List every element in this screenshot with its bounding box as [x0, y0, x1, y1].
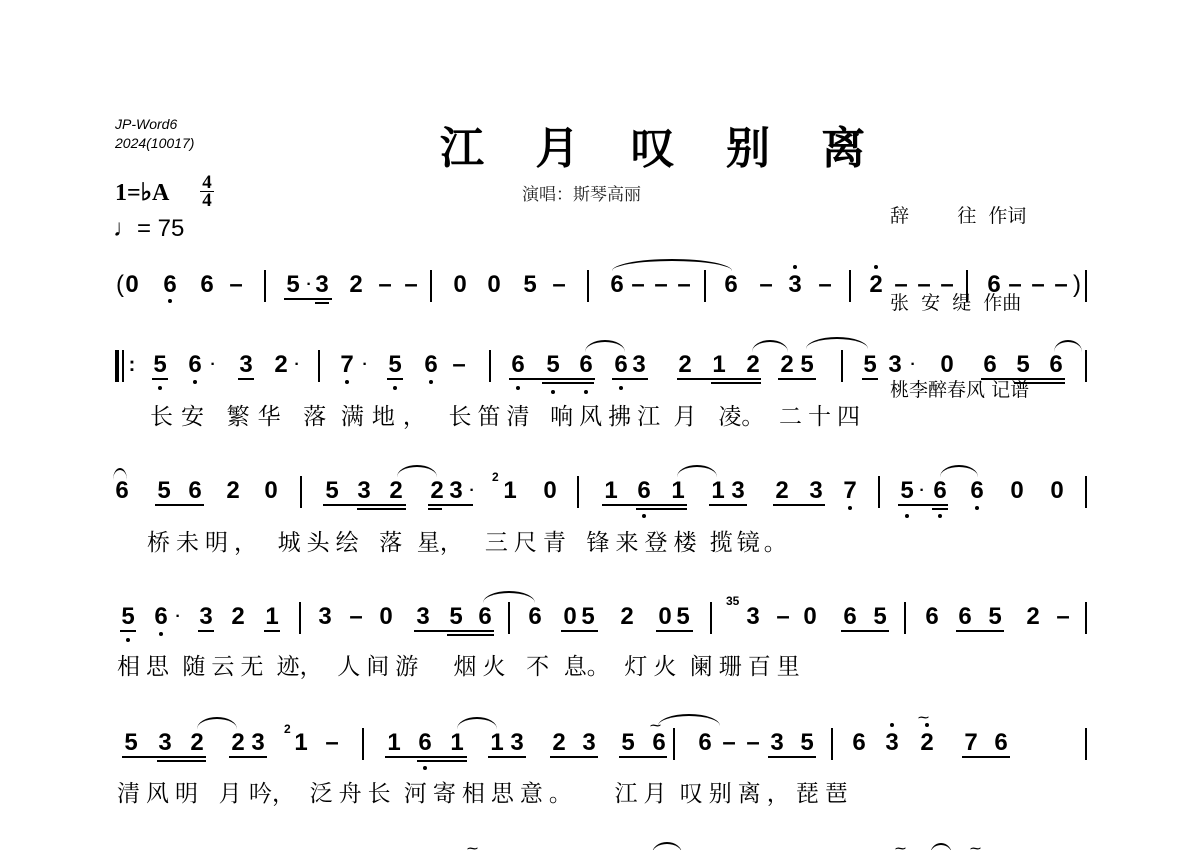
note: 6 — [695, 730, 715, 756]
lyric: 城头绘 — [278, 530, 365, 556]
note: 1 — [500, 478, 520, 504]
transcriber-name: 桃李醉春风 — [890, 379, 985, 401]
note: 3 — [315, 604, 335, 630]
note: 6 — [649, 730, 669, 756]
note: 6 — [991, 730, 1011, 756]
lyric: 二十四 — [779, 404, 866, 430]
underline — [1014, 382, 1065, 384]
note: 6 — [475, 604, 495, 630]
note: 2 — [772, 478, 792, 504]
lyric: 三尺青 — [485, 530, 572, 556]
lyricist-row: 辞 往 作词 — [890, 202, 1029, 231]
note: 6 — [607, 272, 627, 298]
underline — [561, 630, 598, 632]
underline — [778, 378, 816, 380]
dash: – — [322, 730, 342, 756]
lyric: 人间游 — [337, 654, 424, 680]
note: 0 — [540, 478, 560, 504]
underline — [417, 760, 467, 762]
dot: · — [462, 478, 482, 504]
note: 2 — [427, 478, 447, 504]
barline — [878, 476, 880, 508]
note: 0 — [122, 272, 142, 298]
dash: – — [226, 272, 246, 298]
note: 5 — [385, 352, 405, 378]
note: 5 — [797, 730, 817, 756]
note: 0 — [800, 604, 820, 630]
dash: – — [914, 272, 934, 298]
tie — [806, 337, 868, 349]
barline — [704, 270, 706, 302]
grace-note: 2 — [284, 722, 291, 736]
note: 3 — [354, 478, 374, 504]
note: 2 — [777, 352, 797, 378]
note: 3 — [728, 478, 748, 504]
mordent-ornament: ⁓ — [467, 842, 476, 850]
song-title: 江 月 叹 别 离 — [440, 112, 883, 176]
note: 2 — [675, 352, 695, 378]
tie — [397, 465, 437, 477]
note: 5 — [121, 730, 141, 756]
dash: – — [549, 272, 569, 298]
lyric: 江月 — [614, 781, 672, 807]
note: 3 — [885, 352, 905, 378]
note: 5 — [154, 478, 174, 504]
dash: – — [628, 272, 648, 298]
barline — [508, 602, 510, 634]
lyric: 灯火 — [624, 654, 682, 680]
note: 2 — [223, 478, 243, 504]
barline — [673, 728, 675, 760]
note: 2 — [617, 604, 637, 630]
note: 0 — [376, 604, 396, 630]
note: 3 — [196, 604, 216, 630]
underline — [636, 508, 687, 510]
underline — [773, 504, 825, 506]
barline — [849, 270, 851, 302]
grace-note: 2 — [492, 470, 499, 484]
note: 6 — [849, 730, 869, 756]
dash: – — [674, 272, 694, 298]
tempo-marking: ♩= 75 — [113, 215, 184, 243]
note: 0 — [261, 478, 281, 504]
note: 6 — [185, 478, 205, 504]
note: 5 — [870, 604, 890, 630]
barline — [1085, 350, 1087, 382]
underline — [284, 298, 332, 300]
barline — [264, 270, 266, 302]
underline — [198, 630, 214, 632]
barline — [904, 602, 906, 634]
note: 6 — [634, 478, 654, 504]
note: 3 — [155, 730, 175, 756]
underline — [956, 630, 1004, 632]
barline — [1085, 270, 1087, 302]
note: 6 — [984, 272, 1004, 298]
note: 1 — [601, 478, 621, 504]
underline — [155, 504, 204, 506]
note: 0 — [937, 352, 957, 378]
note: 6 — [721, 272, 741, 298]
note: 0 — [450, 272, 470, 298]
singer-label: 演唱：斯琴高丽 — [522, 180, 641, 205]
dash: – — [937, 272, 957, 298]
note: 3 — [579, 730, 599, 756]
barline — [1085, 728, 1087, 760]
note: 6 — [415, 730, 435, 756]
note: 0 — [1007, 478, 1027, 504]
key-signature: 1=♭A — [115, 178, 169, 207]
note: 1 — [487, 730, 507, 756]
barline — [1085, 476, 1087, 508]
underline — [709, 504, 747, 506]
note: 3 — [882, 730, 902, 756]
tie — [940, 465, 978, 477]
lyric: 随云无 — [182, 654, 269, 680]
underline — [509, 378, 595, 380]
underline — [238, 378, 254, 380]
underline — [612, 378, 648, 380]
lyric: 烟火 — [454, 654, 512, 680]
note: 2 — [386, 478, 406, 504]
barline — [587, 270, 589, 302]
dash: – — [756, 272, 776, 298]
note: 6 — [525, 604, 545, 630]
note: 5 — [618, 730, 638, 756]
dot: · — [355, 352, 375, 378]
note: 3 — [312, 272, 332, 298]
note: 5 — [860, 352, 880, 378]
barline — [1085, 602, 1087, 634]
note: 2 — [346, 272, 366, 298]
lyricist-role: 作词 — [988, 205, 1026, 227]
tie — [658, 714, 720, 726]
lyric: 星， — [417, 530, 463, 556]
note: 6 — [930, 478, 950, 504]
note: 2 — [917, 730, 937, 756]
note: 6 — [840, 604, 860, 630]
lyric: 泛舟长 — [310, 781, 397, 807]
dash: – — [401, 272, 421, 298]
lyric: 繁华 — [227, 404, 289, 430]
note: 5 — [985, 604, 1005, 630]
lyric: 月 — [673, 404, 696, 430]
dash: – — [449, 352, 469, 378]
note: 5 — [673, 604, 693, 630]
lyric: 长笛清 — [449, 404, 536, 430]
lyric: 吟， — [249, 781, 295, 807]
note: 0 — [1047, 478, 1067, 504]
note: 5 — [1013, 352, 1033, 378]
note: 0 — [484, 272, 504, 298]
note: 3 — [629, 352, 649, 378]
underline — [711, 382, 761, 384]
barline — [299, 602, 301, 634]
note: 2 — [1023, 604, 1043, 630]
note: 6 — [160, 272, 180, 298]
note: 3 — [806, 478, 826, 504]
lyricist-name: 辞 往 — [890, 205, 976, 227]
edition-label: 2024(10017) — [115, 135, 194, 152]
note: 1 — [668, 478, 688, 504]
underline — [768, 756, 816, 758]
barline — [966, 270, 968, 302]
underline — [656, 630, 693, 632]
lyric: 不 — [526, 654, 549, 680]
lyric: 长安 — [150, 404, 212, 430]
underline — [120, 630, 136, 632]
note: 3 — [743, 604, 763, 630]
dot: · — [903, 352, 923, 378]
lyric: 息。 — [564, 654, 610, 680]
lyric: 满地， — [341, 404, 434, 430]
note: 3 — [248, 730, 268, 756]
underline — [619, 756, 667, 758]
lyric: 凌。 — [718, 404, 764, 430]
time-sig-bottom: 4 — [200, 192, 214, 209]
lyrics-line-2: 桥未明， 城头绘 落 星， 三尺青 锋来登楼 揽镜。 — [147, 524, 791, 557]
tie — [1054, 340, 1082, 352]
grace-note: 35 — [726, 594, 739, 608]
dash: – — [1053, 604, 1073, 630]
note: 3 — [507, 730, 527, 756]
note: 7 — [961, 730, 981, 756]
underline — [428, 504, 473, 506]
underline — [357, 508, 406, 510]
underline — [387, 378, 403, 380]
barline — [430, 270, 432, 302]
note: 1 — [262, 604, 282, 630]
barline — [710, 602, 712, 634]
note: 2 — [187, 730, 207, 756]
note: 1 — [447, 730, 467, 756]
lyric: 桥未明， — [147, 530, 263, 556]
note: 5 — [578, 604, 598, 630]
underline — [602, 504, 687, 506]
note: 6 — [508, 352, 528, 378]
note: 7 — [337, 352, 357, 378]
repeat-dots: : — [122, 352, 142, 378]
note: 2 — [866, 272, 886, 298]
note: 5 — [543, 352, 563, 378]
lyric: 迹， — [277, 654, 323, 680]
dot: · — [287, 352, 307, 378]
dash: – — [375, 272, 395, 298]
note: 2 — [743, 352, 763, 378]
note: 6 — [955, 604, 975, 630]
lyric: 清风明 — [117, 781, 204, 807]
note: 3 — [767, 730, 787, 756]
note: 6 — [1046, 352, 1066, 378]
barline — [300, 476, 302, 508]
repeat-start-thick — [115, 350, 119, 382]
note: 0 — [560, 604, 580, 630]
dash: – — [1028, 272, 1048, 298]
note: 3 — [413, 604, 433, 630]
lyric: 月 — [219, 781, 242, 807]
underline — [542, 382, 594, 384]
barline — [362, 728, 364, 760]
dash: – — [815, 272, 835, 298]
note: 6 — [980, 352, 1000, 378]
underline — [862, 378, 878, 380]
underline — [841, 630, 889, 632]
lyric: 相思 — [117, 654, 175, 680]
lyric: 叹别离，琵琶 — [680, 781, 854, 807]
lyrics-line-3: 相思 随云无 迹， 人间游 烟火 不 息。 灯火 阑珊百里 — [117, 648, 806, 681]
underline — [550, 756, 598, 758]
underline — [414, 630, 494, 632]
lyric: 落 — [303, 404, 326, 430]
note: 6 — [421, 352, 441, 378]
note: 1 — [384, 730, 404, 756]
note: 0 — [655, 604, 675, 630]
dash: – — [719, 730, 739, 756]
lyric: 揽镜。 — [710, 530, 791, 556]
underline — [157, 760, 206, 762]
time-signature: 4 4 — [200, 174, 214, 209]
lyric: 阑珊百里 — [690, 654, 806, 680]
note: 6 — [185, 352, 205, 378]
mordent-ornament: ⁓ — [918, 711, 927, 724]
note: 6 — [576, 352, 596, 378]
underline — [385, 756, 467, 758]
dash: – — [891, 272, 911, 298]
underline — [315, 302, 329, 304]
underline — [932, 508, 948, 510]
note: 5 — [118, 604, 138, 630]
time-sig-top: 4 — [200, 174, 214, 191]
note: 3 — [785, 272, 805, 298]
note: 6 — [967, 478, 987, 504]
lyrics-line-4: 清风明 月 吟， 泛舟长 河寄相思意。 江月 叹别离，琵琶 — [117, 775, 854, 808]
dash: – — [743, 730, 763, 756]
tie — [197, 717, 237, 729]
tie — [457, 717, 497, 729]
dash: – — [773, 604, 793, 630]
note: 5 — [520, 272, 540, 298]
underline — [488, 756, 526, 758]
dash: – — [1005, 272, 1025, 298]
dash: – — [346, 604, 366, 630]
note: 1 — [291, 730, 311, 756]
close-paren: ) — [1067, 272, 1087, 298]
underline — [677, 378, 761, 380]
lyric: 落 — [379, 530, 402, 556]
lyric: 锋来登楼 — [586, 530, 702, 556]
note: 5 — [446, 604, 466, 630]
note: 2 — [228, 604, 248, 630]
note: 2 — [228, 730, 248, 756]
underline — [323, 504, 406, 506]
underline — [898, 504, 948, 506]
note: 7 — [840, 478, 860, 504]
note: 5 — [797, 352, 817, 378]
note: 6 — [922, 604, 942, 630]
software-label: JP-Word6 — [115, 116, 177, 133]
note: 3 — [236, 352, 256, 378]
tie — [612, 259, 732, 271]
underline — [447, 634, 494, 636]
mordent-ornament: ⁓ — [895, 842, 904, 850]
note: 1 — [709, 352, 729, 378]
lyric: 响风拂江 — [550, 404, 666, 430]
barline — [831, 728, 833, 760]
note: 6 — [611, 352, 631, 378]
underline — [981, 378, 1065, 380]
lyrics-line-1: 长安 繁华 落 满地， 长笛清 响风拂江 月 凌。 二十四 — [150, 398, 866, 431]
dot: · — [203, 352, 223, 378]
note: 2 — [549, 730, 569, 756]
dot: · — [912, 478, 932, 504]
note: 6 — [197, 272, 217, 298]
lyric: 河寄相思意。 — [404, 781, 578, 807]
tie — [930, 843, 952, 850]
underline — [122, 756, 206, 758]
barline — [489, 350, 491, 382]
dash: – — [651, 272, 671, 298]
note: 1 — [708, 478, 728, 504]
tie — [652, 842, 682, 850]
barline — [318, 350, 320, 382]
tie — [677, 465, 717, 477]
barline — [841, 350, 843, 382]
barline — [577, 476, 579, 508]
underline — [264, 630, 280, 632]
underline — [229, 756, 267, 758]
note: 6 — [112, 478, 132, 504]
underline — [962, 756, 1010, 758]
underline — [428, 508, 442, 510]
mordent-ornament: ⁓ — [970, 842, 979, 850]
note: 5 — [150, 352, 170, 378]
transcriber-row: 桃李醉春风 记谱 — [890, 376, 1029, 405]
dot: · — [168, 604, 188, 630]
note: 5 — [322, 478, 342, 504]
underline — [152, 378, 168, 380]
